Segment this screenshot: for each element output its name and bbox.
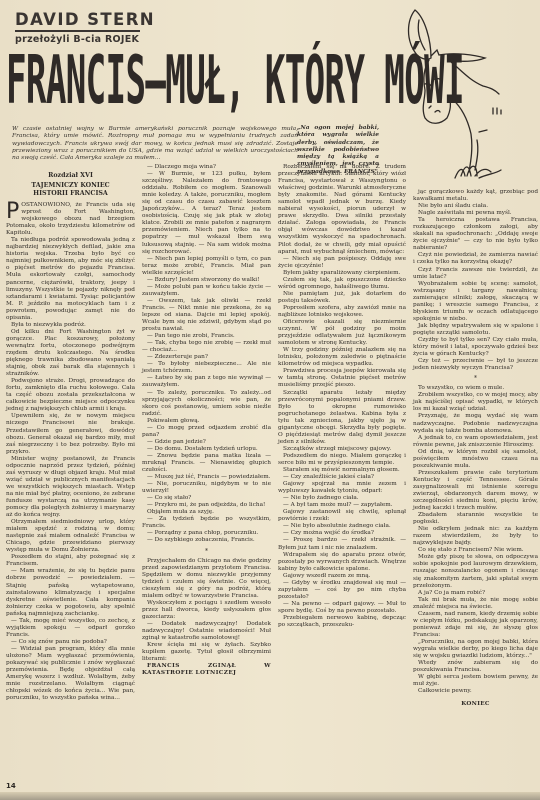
- paragraph: A ja? Co ja mam robić?: [413, 590, 538, 597]
- paragraph: — Bzdury! Jestem stworzony do walki!: [142, 277, 271, 284]
- paragraph: — Gdzie pan jedzie?: [142, 439, 271, 446]
- paragraph: jąc gorączkowo każdy kąt, grzebiąc pod k…: [413, 189, 538, 203]
- paragraph: — Muszę już iść, Francis — powiedziałem.: [142, 474, 271, 481]
- paragraph: — Czy znaleźliście jakieś ciała?: [278, 474, 406, 481]
- paragraph: Przyznaję, że mogą wydać się wam nadzwyc…: [413, 413, 538, 434]
- paragraph: Co się stało z Francisem? Nie wiem.: [413, 547, 538, 554]
- column-1-body: Ta niedługa podróż spowodowała jedną z n…: [6, 237, 135, 702]
- chapter-title-line2: HISTORII FRANCISA: [6, 190, 135, 198]
- paragraph: Czułem się tak, jak opuszczone dziecko w…: [278, 277, 406, 291]
- paragraph: — Za tydzień będzie po wszystkim, Franci…: [142, 516, 271, 530]
- paragraph: — Znowu będzie pana matka lizała — mrukn…: [142, 453, 271, 474]
- paragraph: Czyżby to był tylko sen? Czy ciało muła,…: [413, 337, 538, 358]
- paragraph: Ta niedługa podróż spowodowała jedną z n…: [6, 237, 135, 322]
- paragraph: Otrzymałem siedmiodniowy urlop, który mi…: [6, 519, 135, 554]
- paragraph: Wtedy znów zabieram się do poszukiwania …: [413, 660, 538, 674]
- paragraph: — W Burmie, w 123 pułku, byłem szczęśliw…: [142, 171, 271, 256]
- paragraph: Była to niezwykła podróż.: [6, 322, 135, 329]
- paragraph: Gajowy spojrzał na mnie zezem i wypluwsz…: [278, 481, 406, 495]
- paragraph: Czyż nie powiedział, że zamierza nawiać …: [413, 252, 538, 266]
- paragraph: Starałem się mówić normalnym głosem.: [278, 467, 406, 474]
- paragraph: — Do szybkiego zobaczenia, Francis.: [142, 537, 271, 544]
- paragraph: Ta heroiczna postawa Francisa, rozkazują…: [413, 217, 538, 252]
- page-number: 14: [6, 782, 16, 790]
- paragraph: Gajowy wszedł razem ze mną.: [278, 573, 406, 580]
- column-4-after-separator: To wszystko, co wiem o mule.Zrobiłem wsz…: [413, 385, 538, 695]
- paragraph: — Do domu. Dostałem tydzień urlopu.: [142, 446, 271, 453]
- paragraph: — Łatwo by się pan z tego nie wywinął — …: [142, 375, 271, 389]
- paragraph: Rozbeczałem się na dobre. Z trudem przec…: [278, 164, 406, 256]
- paragraph: Zbadałem starannie wszystkie te pogłoski…: [413, 512, 538, 526]
- column-2: — Dlaczego moja wina?— W Burmie, w 123 p…: [142, 164, 271, 677]
- opening-paragraph: POSTANOWIONO, że Francis uda się wprost …: [6, 202, 135, 237]
- paragraph: — Co się znów panu nie podoba?: [6, 639, 135, 646]
- paragraph: Minister wojny postanowił, że Francis od…: [6, 456, 135, 519]
- paragraph: — Co mogę przed odjazdem zrobić dla pana…: [142, 425, 271, 439]
- paragraph: — Może polubi pan w końcu takie życie — …: [142, 284, 271, 298]
- paragraph: Oficerowie okazali się niezmiernie uczyn…: [278, 319, 406, 347]
- paragraph: Czasem, nad ranem, kiedy drzemię sobie w…: [413, 611, 538, 639]
- newspaper-headline: FRANCIS ZGINĄŁ W KATASTROFIE LOTNICZEJ: [142, 663, 271, 677]
- paragraph: Wdrapałem się do aparatu przez otwór, po…: [278, 552, 406, 573]
- paragraph: — Niech się pan pośpieszy. Oddaję swe ży…: [278, 256, 406, 270]
- paragraph: „Poruczniku, na ogon mojej babki, która …: [413, 639, 538, 660]
- paragraph: — Zdezerteruje pan?: [142, 354, 271, 361]
- paragraph: — Mam wrażenie, że się tu będzie panu do…: [6, 568, 135, 617]
- paragraph: Gajowy zastanowił się chwilę, splunął po…: [278, 509, 406, 523]
- paragraph: — Tak, mogę mieć wszystko, co zechcę, z …: [6, 618, 135, 639]
- paragraph: Wyobrażałem sobie tę scenę: samolot, wst…: [413, 281, 538, 323]
- paragraph: — Niech pan lepiej pomyśli o tym, co pan…: [142, 256, 271, 277]
- paragraph: — Widział pan program, który dla mnie uł…: [6, 646, 135, 702]
- paragraph: Szczątki aparatu leżały między przewróco…: [278, 390, 406, 446]
- paragraph: Poszedłem do stajni, aby pożegnać się z …: [6, 554, 135, 568]
- paragraph: — Czy można wejść do środka?: [278, 530, 406, 537]
- author-name: DAVID STERN: [15, 10, 155, 29]
- paragraph: Czyż Francis zawsze nie twierdził, że um…: [413, 267, 538, 281]
- story-lead: W czasie ostatniej wojny w Burmie ameryk…: [12, 126, 298, 162]
- drop-cap: P: [6, 203, 19, 221]
- paragraph: — A był tam może muł? — zapytałem.: [278, 502, 406, 509]
- paragraph: W trzy godziny później znalazłem się na …: [278, 347, 406, 368]
- paragraph: Poprosiłem szofera, aby zawiózł mnie na …: [278, 305, 406, 319]
- paragraph: — Na pewno — odparł gajowy. — Muł to spo…: [278, 601, 406, 615]
- paragraph: — Dlaczego moja wina?: [142, 164, 271, 171]
- paragraph: — Dodatek nadzwyczajny! Dodatek nadzwycz…: [142, 621, 271, 642]
- paragraph: — Gdyby w środku znajdował się muł — zap…: [278, 580, 406, 601]
- paragraph: Przebiegałem nerwowo kabinę, depcząc po …: [278, 615, 406, 629]
- paragraph: Jak błędny wpatrywałem się w spalone i p…: [413, 323, 538, 337]
- paragraph: Całkowicie pewny.: [413, 688, 538, 695]
- column-3: Rozbeczałem się na dobre. Z trudem przec…: [278, 164, 406, 629]
- paragraph: Nie pamiętam już, jak dotarłem do postoj…: [278, 291, 406, 305]
- column-2-body: — Dlaczego moja wina?— W Burmie, w 123 p…: [142, 164, 271, 545]
- chapter-title-line1: TAJEMNICZY KONIEC: [6, 182, 135, 190]
- column-1: Rozdział XVI TAJEMNICZY KONIEC HISTORII …: [6, 172, 135, 702]
- paragraph: — Proszę bardzo — rzekł strażnik. — Byłe…: [278, 537, 406, 551]
- paragraph: Krew ścięła mi się w żyłach. Szybko kupi…: [142, 642, 271, 663]
- end-marker: KONIEC: [413, 701, 538, 708]
- column-4: jąc gorączkowo każdy kąt, grzebiąc pod k…: [413, 189, 538, 708]
- paragraph: Podwojono straże. Drogi, prowadzące do f…: [6, 378, 135, 413]
- paragraph: — Przykro mi, że pan odjeżdża, do licha!: [142, 502, 271, 509]
- paragraph: W głębi serca jestem bowiem pewny, że mu…: [413, 674, 538, 688]
- paragraph: — Nie było żadnego ciała.: [278, 495, 406, 502]
- mule-illustration: [395, 0, 540, 185]
- paragraph: Może gdy piszę te słowa, on odpoczywa so…: [413, 554, 538, 589]
- paragraph: Przeszukałem prawie całe terytorium Kent…: [413, 470, 538, 512]
- paragraph: Prawdziwa procesja jeepów kierowała się …: [278, 368, 406, 389]
- paragraph: Szczątków strzegł miejscowy gajowy.: [278, 446, 406, 453]
- paragraph: Tak mi brak muła, że nie mogę sobie znal…: [413, 597, 538, 611]
- section-separator: *: [413, 375, 538, 382]
- column-2-after-separator: Przyjechałem do Chicago na dwie godziny …: [142, 558, 271, 664]
- paragraph: Pokiwałem głową.: [142, 418, 271, 425]
- paragraph: — Nie, poruczniku, nigdybym w to nie uwi…: [142, 481, 271, 495]
- paragraph: — Tak, chyba tego nie zrobię — rzekł muł…: [142, 340, 271, 354]
- author-underline: [15, 30, 140, 32]
- column-3-body: Rozbeczałem się na dobre. Z trudem przec…: [278, 164, 406, 629]
- paragraph: A jednak to, co wam opowiedziałem, jest …: [413, 435, 538, 449]
- chapter-number: Rozdział XVI: [6, 172, 135, 180]
- paragraph: — To zależy, poruczniku. To zależy...od …: [142, 390, 271, 418]
- paragraph: — To byłoby niebezpieczne... Ale nie jes…: [142, 361, 271, 375]
- paragraph: — Pan tego nie zrobi, Francis.: [142, 333, 271, 340]
- page-bottom-edge: [0, 792, 540, 800]
- paragraph: Byłem jakby sparaliżowany cierpieniem.: [278, 270, 406, 277]
- column-4-body: jąc gorączkowo każdy kąt, grzebiąc pod k…: [413, 189, 538, 372]
- paragraph: Przyjechałem do Chicago na dwie godziny …: [142, 558, 271, 600]
- section-separator: *: [142, 548, 271, 555]
- paragraph: Nie odkryłem jednak nic: za każdym razem…: [413, 526, 538, 547]
- paragraph: — Owszem, tak jak oliwki — rzekł Francis…: [142, 298, 271, 333]
- paragraph: Od dnia, w którym rozbił się samolot, po…: [413, 449, 538, 470]
- paragraph: Wyskoczyłem z pociągu i szedłem wesoło p…: [142, 600, 271, 621]
- paragraph: To wszystko, co wiem o mule.: [413, 385, 538, 392]
- paragraph: Czy też — przeciwnie — był to jeszcze je…: [413, 358, 538, 372]
- paragraph: — Co się stało?: [142, 495, 271, 502]
- paragraph: Nagle zaświtała mi pewna myśl.: [413, 210, 538, 217]
- paragraph: Od kilku dni Fort Washington żył w gorąc…: [6, 329, 135, 378]
- paragraph: — Porządny z pana chłop, poruczniku.: [142, 530, 271, 537]
- magazine-page: DAVID STERN przełożyli B-cia ROJEK FRANC…: [0, 0, 540, 800]
- paragraph: Podszedłem do niego. Miałem gorączkę i s…: [278, 453, 406, 467]
- paragraph: Upewniłem się, że w nowym miejscu niczeg…: [6, 413, 135, 455]
- paragraph: Zrobiłem wszystko, co w mojej mocy, aby …: [413, 392, 538, 413]
